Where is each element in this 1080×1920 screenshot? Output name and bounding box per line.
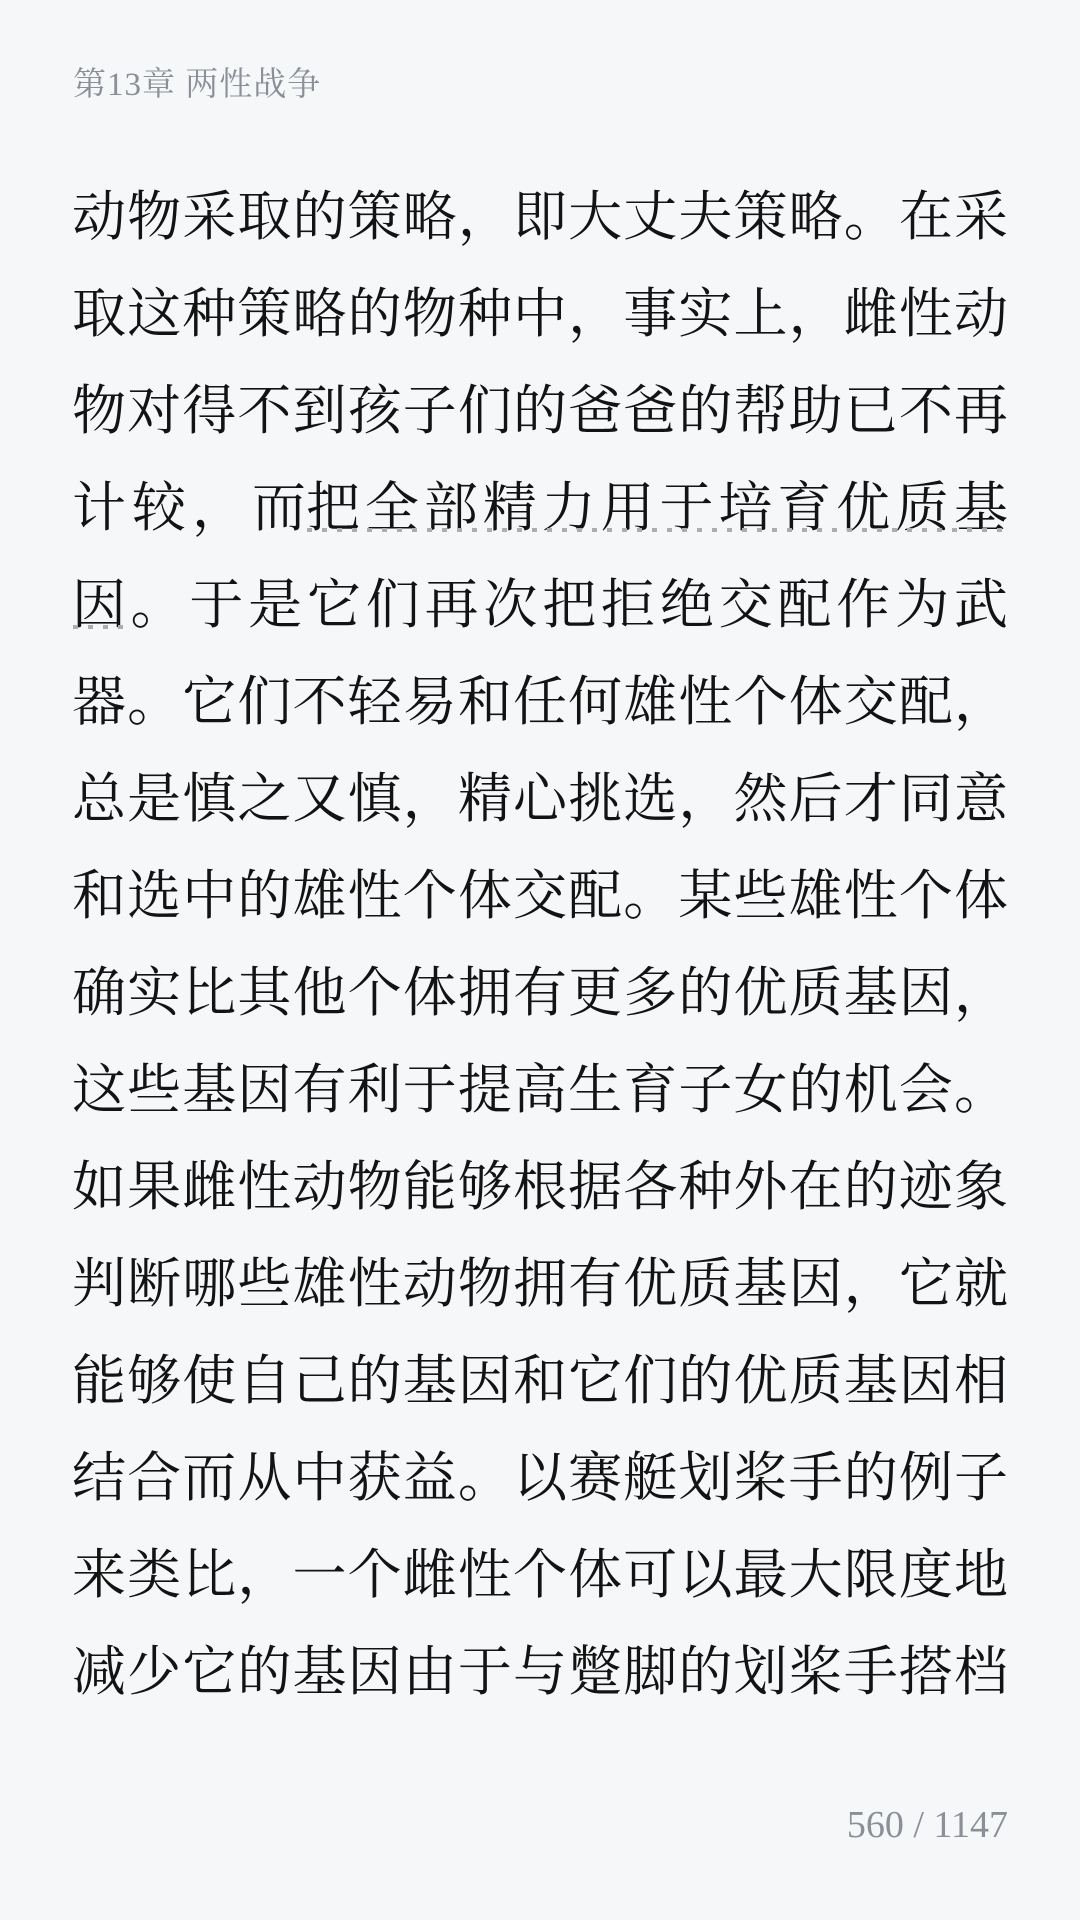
text-segment: 动物采取的策略，即大丈夫策略。在采	[72, 164, 1008, 261]
text-line: 这些基因有利于提高生育子女的机会。	[72, 1037, 1008, 1134]
text-segment: 能够使自己的基因和它们的优质基因相	[72, 1328, 1008, 1425]
text-line: 如果雌性动物能够根据各种外在的迹象	[72, 1134, 1008, 1231]
text-segment: 如果雌性动物能够根据各种外在的迹象	[72, 1134, 1008, 1231]
text-line: 物对得不到孩子们的爸爸的帮助已不再	[72, 358, 1008, 455]
text-segment: 和选中的雄性个体交配。某些雄性个体	[72, 843, 1008, 940]
text-line: 取这种策略的物种中，事实上，雌性动	[72, 261, 1008, 358]
chapter-title: 第13章 两性战争	[73, 64, 321, 106]
text-segment: 来类比，一个雌性个体可以最大限度地	[72, 1522, 1008, 1619]
text-segment: 计较，而	[72, 455, 306, 552]
text-line: 器。它们不轻易和任何雄性个体交配，	[72, 649, 1008, 746]
text-segment: 判断哪些雄性动物拥有优质基因，它就	[72, 1231, 1008, 1328]
text-segment: 取这种策略的物种中，事实上，雌性动	[72, 261, 1008, 358]
text-line: 来类比，一个雌性个体可以最大限度地	[72, 1522, 1008, 1619]
text-line: 判断哪些雄性动物拥有优质基因，它就	[72, 1231, 1008, 1328]
text-line: 能够使自己的基因和它们的优质基因相	[72, 1328, 1008, 1425]
reader-page[interactable]: 第13章 两性战争 动物采取的策略，即大丈夫策略。在采取这种策略的物种中，事实上…	[0, 0, 1080, 1920]
text-line: 确实比其他个体拥有更多的优质基因，	[72, 940, 1008, 1037]
text-segment: 。于是它们再次把拒绝交配作为武	[131, 552, 1009, 649]
text-segment: 结合而从中获益。以赛艇划桨手的例子	[72, 1425, 1008, 1522]
text-line: 和选中的雄性个体交配。某些雄性个体	[72, 843, 1008, 940]
text-segment: 减少它的基因由于与蹩脚的划桨手搭档	[72, 1619, 1008, 1716]
text-segment: 这些基因有利于提高生育子女的机会。	[72, 1037, 1008, 1134]
underlined-text-segment: 因	[72, 552, 131, 649]
text-line: 总是慎之又慎，精心挑选，然后才同意	[72, 746, 1008, 843]
text-segment: 器。它们不轻易和任何雄性个体交配，	[72, 649, 1008, 746]
text-line: 动物采取的策略，即大丈夫策略。在采	[72, 164, 1008, 261]
text-line: 因。于是它们再次把拒绝交配作为武	[72, 552, 1008, 649]
text-line: 减少它的基因由于与蹩脚的划桨手搭档	[72, 1619, 1008, 1716]
text-line: 结合而从中获益。以赛艇划桨手的例子	[72, 1425, 1008, 1522]
page-indicator: 560 / 1147	[847, 1802, 1008, 1848]
book-text: 动物采取的策略，即大丈夫策略。在采取这种策略的物种中，事实上，雌性动物对得不到孩…	[72, 164, 1008, 1716]
text-line: 计较，而把全部精力用于培育优质基	[72, 455, 1008, 552]
text-segment: 物对得不到孩子们的爸爸的帮助已不再	[72, 358, 1008, 455]
text-segment: 总是慎之又慎，精心挑选，然后才同意	[72, 746, 1008, 843]
text-segment: 确实比其他个体拥有更多的优质基因，	[72, 940, 1008, 1037]
underlined-text-segment: 把全部精力用于培育优质基	[306, 455, 1008, 552]
